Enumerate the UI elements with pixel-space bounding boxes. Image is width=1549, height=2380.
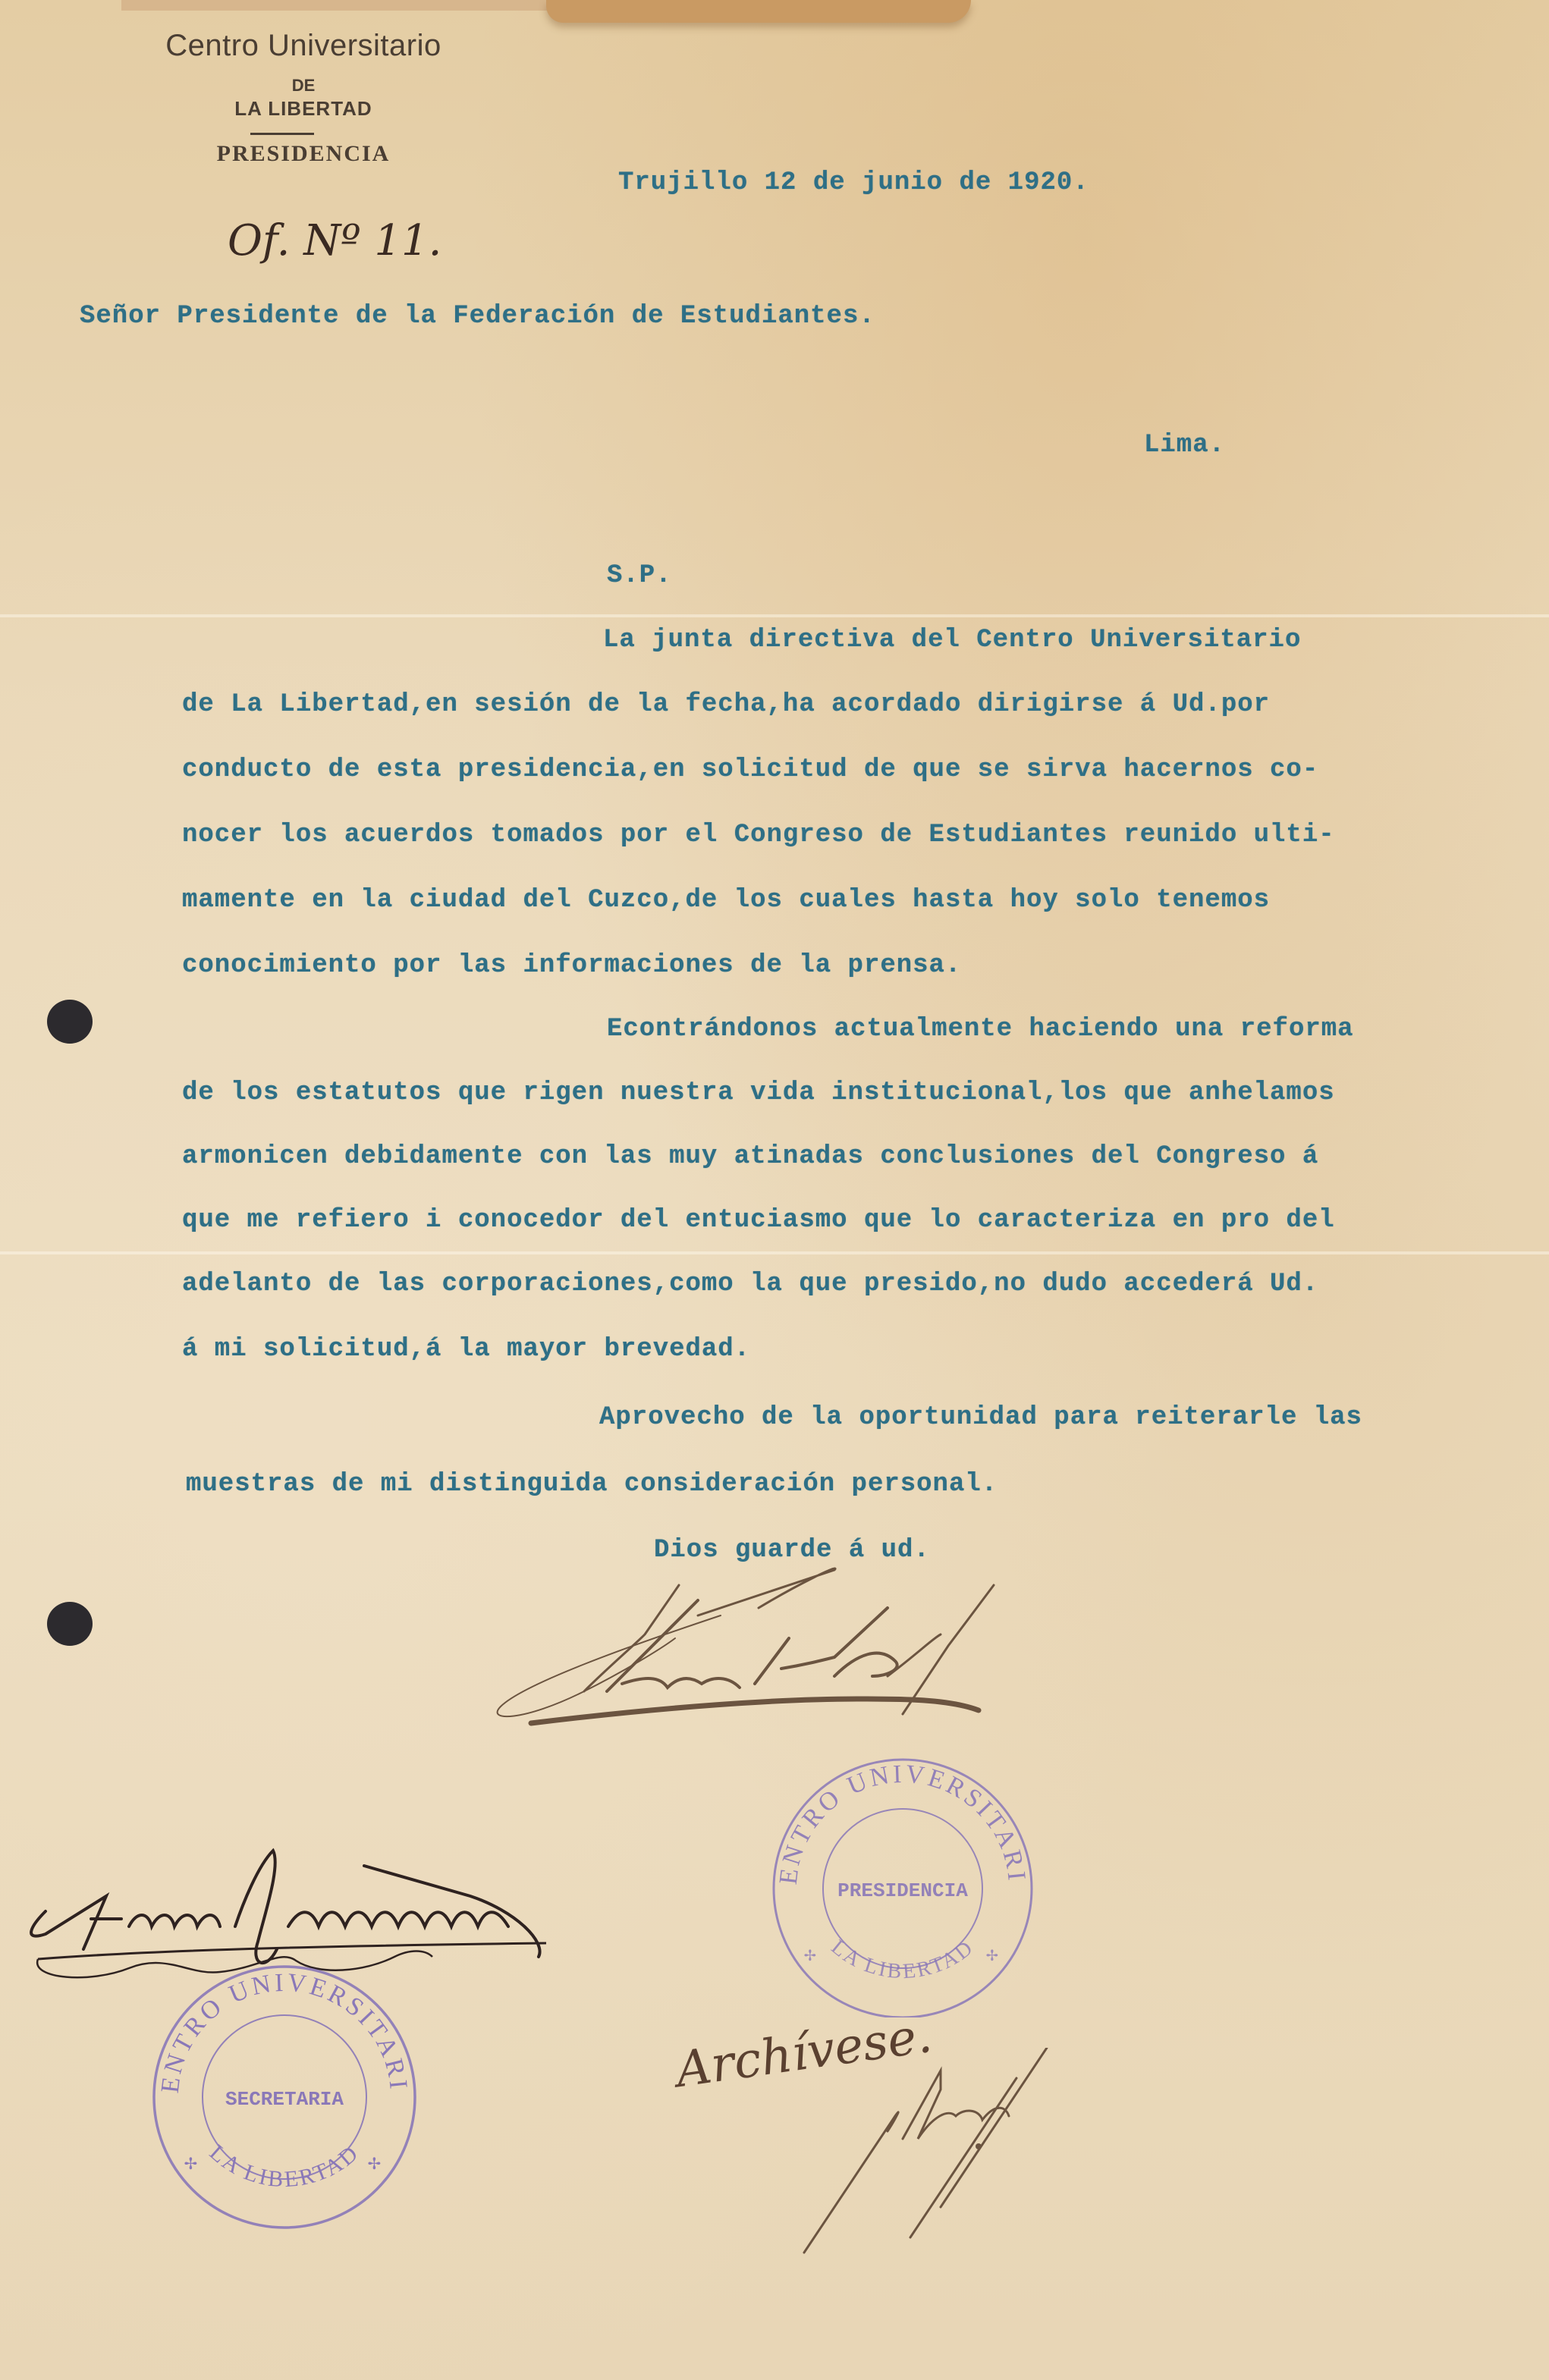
body-line: nocer los acuerdos tomados por el Congre… xyxy=(182,821,1335,849)
svg-text:LA LIBERTAD: LA LIBERTAD xyxy=(205,2140,364,2192)
body-line: Econtrándonos actualmente haciendo una r… xyxy=(607,1015,1354,1044)
body-line: La junta directiva del Centro Universita… xyxy=(603,626,1301,655)
stamp-outer-text-bottom: LA LIBERTAD xyxy=(827,1936,979,1984)
punch-hole xyxy=(47,1602,93,1646)
stamp-center-text: SECRETARIA xyxy=(225,2088,344,2111)
svg-text:LA LIBERTAD: LA LIBERTAD xyxy=(827,1936,979,1984)
stamp-outer-text-bottom: LA LIBERTAD xyxy=(205,2140,364,2192)
stamp-outer-text-top: CENTRO UNIVERSITARIO xyxy=(759,1744,1031,1886)
body-line: adelanto de las corporaciones,como la qu… xyxy=(182,1270,1318,1298)
body-line: conducto de esta presidencia,en solicitu… xyxy=(182,755,1318,784)
body-line: muestras de mi distinguida consideración… xyxy=(186,1470,998,1499)
torn-paper-edge xyxy=(121,0,561,11)
letterhead-divider xyxy=(250,133,314,135)
body-line: conocimiento por las informaciones de la… xyxy=(182,951,961,980)
stamp-center-text: PRESIDENCIA xyxy=(837,1879,968,1902)
addressee: Señor Presidente de la Federación de Est… xyxy=(80,302,875,331)
stamp-cross-icon: ✢ xyxy=(804,1944,816,1967)
annotation-signature xyxy=(789,2048,1168,2260)
body-line: de los estatutos que rigen nuestra vida … xyxy=(182,1079,1335,1107)
secretary-signature-text: Arcezio Cundemarín xyxy=(15,1835,24,1836)
punch-hole xyxy=(47,1000,93,1044)
letterhead-organization: Centro Universitario xyxy=(129,29,478,63)
paper-fold-line xyxy=(0,614,1549,617)
torn-paper-tab xyxy=(546,0,971,23)
body-line: que me refiero i conocedor del entuciasm… xyxy=(182,1206,1335,1235)
date-line: Trujillo 12 de junio de 1920. xyxy=(618,168,1089,197)
letterhead-connector: DE xyxy=(129,76,478,96)
body-line: armonicen debidamente con las muy atinad… xyxy=(182,1142,1318,1171)
destination: Lima. xyxy=(1144,431,1225,460)
secretaria-stamp: CENTRO UNIVERSITARIO LA LIBERTAD SECRETA… xyxy=(140,1953,429,2234)
body-line: á mi solicitud,á la mayor brevedad. xyxy=(182,1335,750,1364)
stamp-cross-icon: ✢ xyxy=(986,1944,998,1967)
stamp-outer-text-top: CENTRO UNIVERSITARIO xyxy=(140,1953,413,2095)
salutation: S.P. xyxy=(607,561,672,590)
presidencia-stamp: CENTRO UNIVERSITARIO LA LIBERTAD PRESIDE… xyxy=(759,1744,1047,2017)
body-line: mamente en la ciudad del Cuzco,de los cu… xyxy=(182,886,1270,915)
body-line: Aprovecho de la oportunidad para reitera… xyxy=(599,1403,1362,1432)
svg-text:CENTRO UNIVERSITARIO: CENTRO UNIVERSITARIO xyxy=(759,1744,1031,1886)
body-line: de La Libertad,en sesión de la fecha,ha … xyxy=(182,690,1270,719)
reference-number: Of. Nº 11. xyxy=(228,216,441,265)
stamp-cross-icon: ✢ xyxy=(368,2152,381,2176)
letterhead-region: LA LIBERTAD xyxy=(129,97,478,121)
letterhead-office: PRESIDENCIA xyxy=(129,141,478,167)
svg-text:CENTRO UNIVERSITARIO: CENTRO UNIVERSITARIO xyxy=(140,1953,413,2095)
closing: Dios guarde á ud. xyxy=(654,1536,930,1565)
president-signature xyxy=(478,1562,1161,1760)
paper-fold-line xyxy=(0,1251,1549,1254)
stamp-cross-icon: ✢ xyxy=(184,2152,197,2176)
